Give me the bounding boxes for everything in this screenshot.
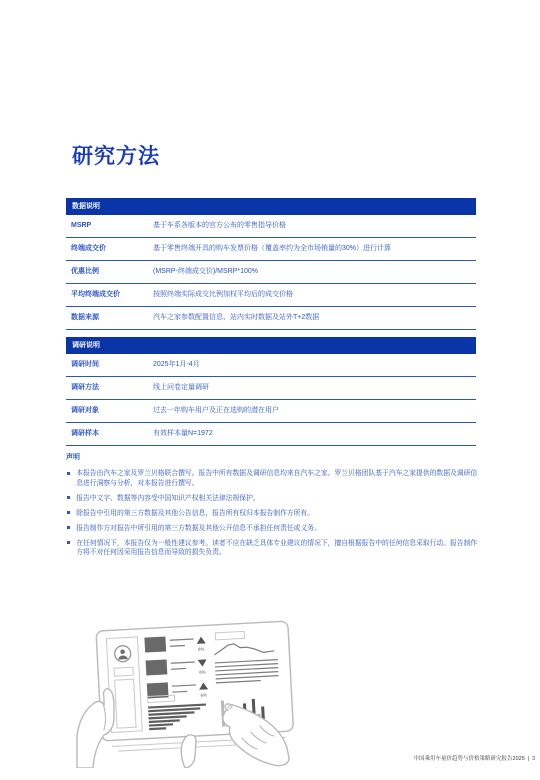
table-row: 调研样本 有效样本量N=1972 xyxy=(66,423,476,446)
row-label: MSRP xyxy=(66,222,153,230)
statement-section: 声明 本报告由汽车之家及罗兰贝格联合撰写。报告中所有数据及调研信息均来自汽车之家… xyxy=(66,452,478,563)
bullet-text: 在任何情况下，本报告仅为一般性建议参考。读者不应在缺乏具体专业建议的情况下，擅自… xyxy=(76,539,478,558)
row-value: 基于车系各版本的官方公布的零售指导价格 xyxy=(153,222,476,230)
table-row: 调研对象 过去一年购车用户及正在选购的潜在用户 xyxy=(66,400,476,423)
kpi-stat: 6% xyxy=(198,646,205,651)
tablet-illustration: 6% 6% 6% xyxy=(75,606,315,773)
bullet-square-icon xyxy=(67,496,70,499)
row-value: 按照终端实际成交比例加权平均后的成交价格 xyxy=(153,291,476,299)
bullet-square-icon xyxy=(67,526,70,529)
row-label: 终端成交价 xyxy=(66,245,153,253)
bullet-text: 除报告中引用的第三方数据及其他公告信息，报告所有权归本报告制作方所有。 xyxy=(76,509,478,519)
kpi-stat: 6% xyxy=(200,692,207,697)
tablet-illustration-svg: 6% 6% 6% xyxy=(75,606,315,768)
statement-bullet: 除报告中引用的第三方数据及其他公告信息，报告所有权归本报告制作方所有。 xyxy=(66,509,478,519)
row-value: 2025年1月-4月 xyxy=(153,361,476,369)
bullet-text: 报告中文字、数据等内容受中国知识产权相关法律法规保护。 xyxy=(76,494,478,504)
row-label: 调研方法 xyxy=(66,384,153,392)
table-row: 调研方法 线上问卷定量调研 xyxy=(66,377,476,400)
row-value: 过去一年购车用户及正在选购的潜在用户 xyxy=(153,407,476,415)
table-row: 终端成交价 基于零售终端开具的购车发票价格（覆盖率约为全市场销量的30%）进行计… xyxy=(66,238,476,261)
table-row: 调研时间 2025年1月-4月 xyxy=(66,354,476,377)
table-row: MSRP 基于车系各版本的官方公布的零售指导价格 xyxy=(66,215,476,238)
footer-page-number: 3 xyxy=(532,756,535,762)
statement-bullet: 报告制作方对报告中所引用的第三方数据及其他公开信息不承担任何责任或义务。 xyxy=(66,524,478,534)
row-label: 调研时间 xyxy=(66,361,153,369)
table-header: 数据说明 xyxy=(66,198,476,215)
statement-bullet: 在任何情况下，本报告仅为一般性建议参考。读者不应在缺乏具体专业建议的情况下，擅自… xyxy=(66,539,478,558)
bullet-text: 报告制作方对报告中所引用的第三方数据及其他公开信息不承担任何责任或义务。 xyxy=(76,524,478,534)
row-label: 优惠比例 xyxy=(66,268,153,276)
row-value: 汽车之家参数配置信息、站内实时数据及站外T+2数据 xyxy=(153,314,476,322)
row-label: 调研对象 xyxy=(66,407,153,415)
row-value: 有效样本量N=1972 xyxy=(153,430,476,438)
statement-bullet: 报告中文字、数据等内容受中国知识产权相关法律法规保护。 xyxy=(66,494,478,504)
page-title: 研究方法 xyxy=(72,140,160,170)
footer-separator: | xyxy=(528,756,529,762)
table-row: 平均终端成交价 按照终端实际成交比例加权平均后的成交价格 xyxy=(66,284,476,307)
bullet-text: 本报告由汽车之家及罗兰贝格联合撰写。报告中所有数据及调研信息均来自汽车之家。罗兰… xyxy=(76,469,478,488)
survey-description-table: 调研说明 调研时间 2025年1月-4月 调研方法 线上问卷定量调研 调研对象 … xyxy=(66,337,476,446)
row-value: (MSRP-终端成交价)/MSRP*100% xyxy=(153,268,476,276)
footer-report-title: 中国乘用车量价趋势与价格策略研究报告2025 xyxy=(414,754,525,762)
row-label: 平均终端成交价 xyxy=(66,291,153,299)
left-hand xyxy=(77,689,114,768)
statement-heading: 声明 xyxy=(66,452,478,462)
bullet-square-icon xyxy=(67,472,70,475)
page-footer: 中国乘用车量价趋势与价格策略研究报告2025 | 3 xyxy=(414,754,535,762)
report-page: 研究方法 数据说明 MSRP 基于车系各版本的官方公布的零售指导价格 终端成交价… xyxy=(0,0,540,780)
row-label: 数据来源 xyxy=(66,314,153,322)
row-value: 线上问卷定量调研 xyxy=(153,384,476,392)
kpi-stat: 6% xyxy=(199,669,206,674)
table-row: 数据来源 汽车之家参数配置信息、站内实时数据及站外T+2数据 xyxy=(66,307,476,330)
bullet-square-icon xyxy=(67,541,70,544)
data-description-table: 数据说明 MSRP 基于车系各版本的官方公布的零售指导价格 终端成交价 基于零售… xyxy=(66,198,476,330)
table-header: 调研说明 xyxy=(66,337,476,354)
row-label: 调研样本 xyxy=(66,430,153,438)
bullet-square-icon xyxy=(67,511,70,514)
center-thumb xyxy=(181,735,196,768)
row-value: 基于零售终端开具的购车发票价格（覆盖率约为全市场销量的30%）进行计算 xyxy=(153,245,476,253)
statement-bullet: 本报告由汽车之家及罗兰贝格联合撰写。报告中所有数据及调研信息均来自汽车之家。罗兰… xyxy=(66,469,478,488)
table-row: 优惠比例 (MSRP-终端成交价)/MSRP*100% xyxy=(66,261,476,284)
